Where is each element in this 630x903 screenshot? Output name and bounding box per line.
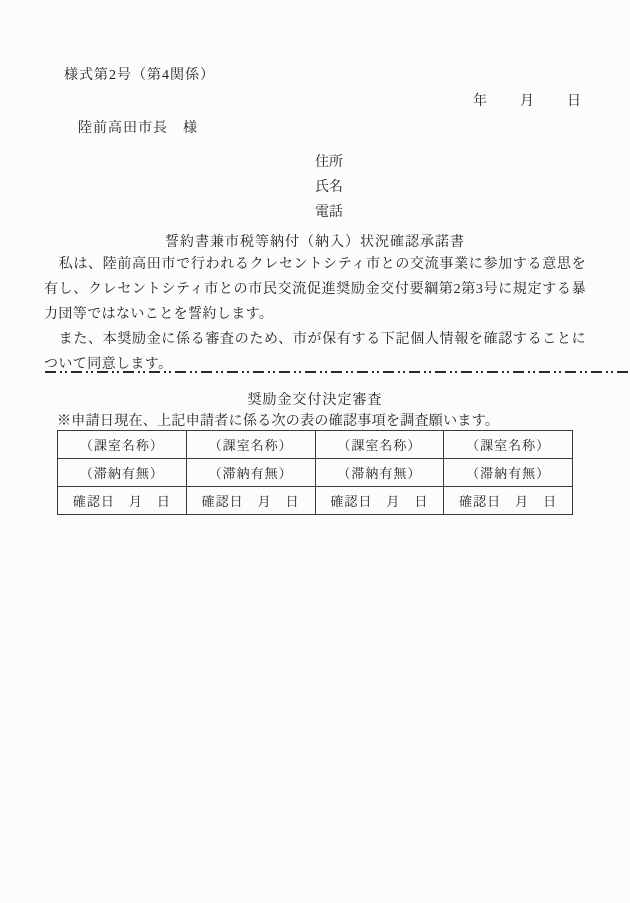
review-section-heading: 奨励金交付決定審査 — [0, 389, 630, 409]
confirm-date-cell: 確認日 月 日 — [315, 487, 444, 515]
document-page: 様式第2号（第4関係） 年 月 日 陸前高田市長 様 住所 氏名 電話 誓約書兼… — [0, 0, 630, 903]
dept-name-cell: （課室名称） — [315, 431, 444, 459]
arrears-status-cell: （滞納有無） — [315, 459, 444, 487]
phone-label: 電話 — [315, 200, 343, 225]
applicant-fields: 住所 氏名 電話 — [315, 150, 343, 225]
dept-name-cell: （課室名称） — [444, 431, 573, 459]
table-row: （課室名称） （課室名称） （課室名称） （課室名称） — [58, 431, 573, 459]
confirm-date-cell: 確認日 月 日 — [186, 487, 315, 515]
dept-name-cell: （課室名称） — [186, 431, 315, 459]
date-line: 年 月 日 — [473, 90, 581, 110]
pledge-paragraph: 私は、陸前高田市で行われるクレセントシティ市との交流事業に参加する意思を有し、ク… — [44, 252, 586, 327]
name-label: 氏名 — [315, 175, 343, 200]
confirm-date-cell: 確認日 月 日 — [444, 487, 573, 515]
consent-paragraph: また、本奨励金に係る審査のため、市が保有する下記個人情報を確認することについて同… — [44, 327, 586, 377]
address-label: 住所 — [315, 150, 343, 175]
arrears-status-cell: （滞納有無） — [444, 459, 573, 487]
review-section-note: ※申請日現在、上記申請者に係る次の表の確認事項を調査願います。 — [57, 410, 499, 430]
date-month-label: 月 — [520, 90, 534, 110]
addressee: 陸前高田市長 様 — [78, 117, 198, 137]
arrears-status-cell: （滞納有無） — [58, 459, 187, 487]
arrears-status-cell: （滞納有無） — [186, 459, 315, 487]
table-row: （滞納有無） （滞納有無） （滞納有無） （滞納有無） — [58, 459, 573, 487]
date-day-label: 日 — [567, 90, 581, 110]
body-text: 私は、陸前高田市で行われるクレセントシティ市との交流事業に参加する意思を有し、ク… — [44, 252, 586, 377]
confirm-date-cell: 確認日 月 日 — [58, 487, 187, 515]
form-number: 様式第2号（第4関係） — [64, 64, 215, 84]
date-year-label: 年 — [473, 90, 487, 110]
cut-divider-line — [45, 371, 629, 373]
review-table: （課室名称） （課室名称） （課室名称） （課室名称） （滞納有無） （滞納有無… — [57, 430, 573, 515]
table-row: 確認日 月 日 確認日 月 日 確認日 月 日 確認日 月 日 — [58, 487, 573, 515]
document-title: 誓約書兼市税等納付（納入）状況確認承諾書 — [0, 231, 630, 251]
dept-name-cell: （課室名称） — [58, 431, 187, 459]
